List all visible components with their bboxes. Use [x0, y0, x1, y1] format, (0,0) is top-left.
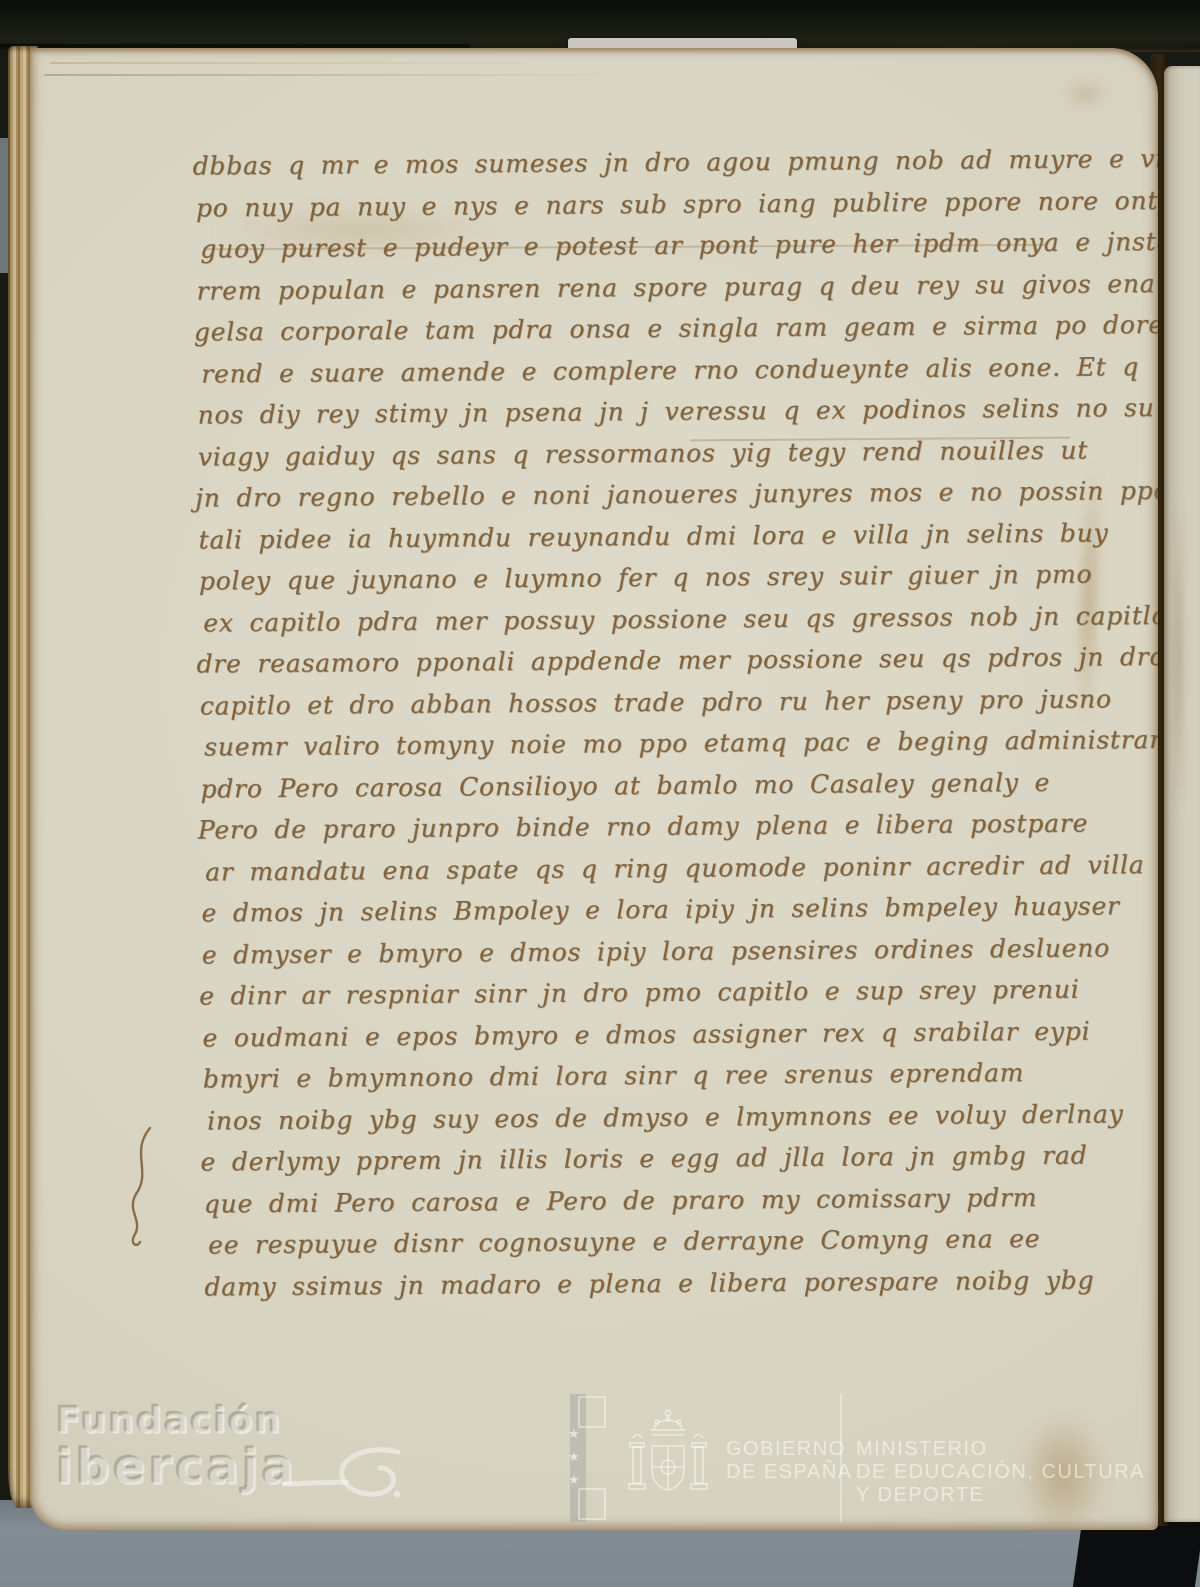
manuscript-line: nos diy rey stimy jn psena jn j veressu …	[197, 387, 1097, 436]
paper-stain	[1050, 74, 1120, 114]
manuscript-line: ee respuyue disnr cognosuyne e derrayne …	[208, 1217, 1104, 1266]
manuscript-line: Pero de praro junpro binde rno damy plen…	[198, 802, 1101, 851]
manuscript-line: inos noibg ybg suy eos de dmyso e lmymno…	[207, 1093, 1103, 1142]
next-page-edge	[1164, 66, 1200, 1522]
manuscript-line: capitlo et dro abban hossos trade pdro r…	[200, 678, 1100, 727]
margin-flourish-mark	[128, 1124, 158, 1254]
manuscript-page: dbbas q mr e mos sumeses jn dro agou pmu…	[30, 48, 1158, 1530]
manuscript-line: suemr valiro tomyny noie mo ppo etamq pa…	[204, 719, 1100, 768]
manuscript-line: e derlymy pprem jn illis loris e egg ad …	[200, 1134, 1103, 1183]
manuscript-line: gelsa corporale tam pdra onsa e singla r…	[194, 304, 1097, 353]
manuscript-line: rrem populan e pansren rena spore purag …	[196, 263, 1096, 312]
manuscript-line: dre reasamoro pponali appdende mer possi…	[196, 636, 1099, 685]
manuscript-line: dbbas q mr e mos sumeses jn dro agou pmu…	[192, 138, 1095, 187]
manuscript-line: e oudmani e epos bmyro e dmos assigner r…	[202, 1010, 1102, 1059]
manuscript-line: jn dro regno rebello e noni janoueres ju…	[195, 470, 1098, 519]
manuscript-scan: dbbas q mr e mos sumeses jn dro agou pmu…	[0, 0, 1200, 1587]
manuscript-text: dbbas q mr e mos sumeses jn dro agou pmu…	[195, 138, 1104, 1307]
manuscript-line: ar mandatu ena spate qs q ring quomode p…	[205, 844, 1101, 893]
manuscript-line: que dmi Pero carosa e Pero de praro my c…	[204, 1176, 1104, 1225]
manuscript-line: tali pidee ia huymndu reuynandu dmi lora…	[198, 512, 1098, 561]
manuscript-line: pdro Pero carosa Consilioyo at bamlo mo …	[200, 761, 1100, 810]
manuscript-line: e dmyser e bmyro e dmos ipiy lora psensi…	[202, 927, 1102, 976]
manuscript-line: viagy gaiduy qs sans q ressormanos yig t…	[198, 429, 1098, 478]
paper-stain	[998, 1388, 1128, 1530]
manuscript-line: damy ssimus jn madaro e plena e libera p…	[204, 1259, 1104, 1308]
manuscript-line: guoy purest e pudeyr e potest ar pont pu…	[200, 221, 1096, 270]
manuscript-line: e dinr ar respniar sinr jn dro pmo capit…	[199, 968, 1102, 1017]
underpage-edge-line	[44, 74, 604, 76]
manuscript-line: bmyri e bmymnono dmi lora sinr q ree sre…	[203, 1051, 1103, 1100]
manuscript-line: poley que juynano e luymno fer q nos sre…	[199, 553, 1099, 602]
manuscript-line: rend e suare amende e complere rno condu…	[201, 346, 1097, 395]
next-page-ink-ghost	[1172, 486, 1186, 826]
manuscript-line: ex capitlo pdra mer possuy possione seu …	[203, 595, 1099, 644]
underpage-edge-line	[50, 62, 530, 64]
manuscript-line: e dmos jn selins Bmpoley e lora ipiy jn …	[201, 885, 1101, 934]
manuscript-line: po nuy pa nuy e nys e nars sub spro iang…	[196, 180, 1096, 229]
